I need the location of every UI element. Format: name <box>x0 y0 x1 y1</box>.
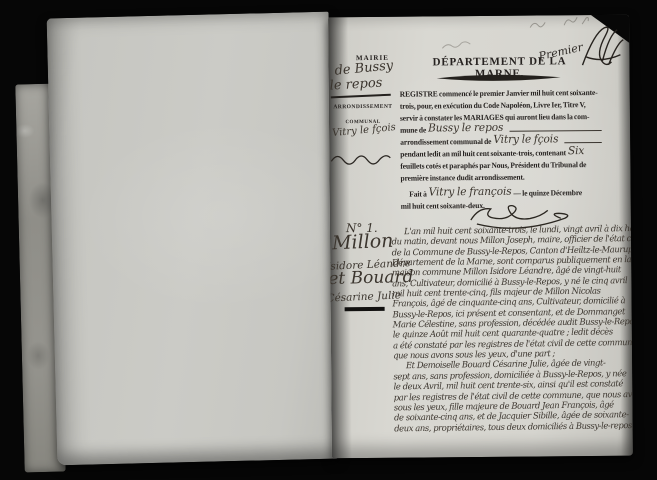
marriage-act-text: L'an mil huit cent soixante-trois, le lu… <box>391 224 633 434</box>
notice-print-segment: arrondissement communal de <box>400 136 491 149</box>
margin-separator-bar <box>345 307 385 311</box>
act-line: deux ans, propriétaires, tous deux domic… <box>394 421 627 435</box>
notice-print-segment: mune de <box>400 124 426 136</box>
fait-a-print: Fait à <box>409 188 427 200</box>
fait-a-place-fillin: Vitry le françois <box>429 187 512 198</box>
margin-flourish <box>329 153 393 168</box>
notice-line: première instance dudit arrondissement. <box>400 171 604 185</box>
fill-in-rule <box>564 142 602 143</box>
register-notice: REGISTRE commencé le premier Janvier mil… <box>400 87 613 213</box>
pencil-mark <box>440 40 472 52</box>
commune-fillin: Bussy le repos <box>428 123 503 134</box>
bride-given-names: Césarine Julie <box>328 289 401 304</box>
fait-a-date-print: — le quinze Décembre <box>513 187 582 200</box>
register-title-page: MAIRIE de Bussy le repos ARRONDISSEMENT … <box>328 15 633 459</box>
arrondissement-fillin: Vitry le fçois <box>493 134 558 145</box>
arrondissement-label: ARRONDISSEMENT <box>332 104 394 111</box>
blank-left-page <box>47 12 340 466</box>
groom-surname: Millon <box>332 230 394 255</box>
scanned-register-photo: MAIRIE de Bussy le repos ARRONDISSEMENT … <box>0 0 657 480</box>
header-divider-ornament <box>437 72 561 83</box>
feuillets-count-fillin: Six <box>568 146 584 156</box>
commune-handwritten-line2: le repos <box>329 75 383 93</box>
